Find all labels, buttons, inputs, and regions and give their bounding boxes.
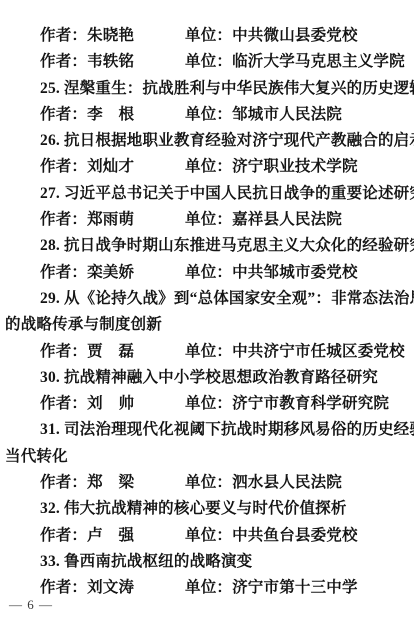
author-label: 作者：: [40, 158, 87, 175]
paper-title-continuation-row: 的战略传承与制度创新: [0, 312, 414, 338]
unit-label: 单位：: [185, 264, 232, 281]
paper-number: 32.: [40, 500, 60, 517]
author-name: 刘灿才: [87, 158, 134, 175]
author-cell: 作者：郑雨萌: [40, 207, 134, 233]
unit-cell: 单位：中共济宁市任城区委党校: [185, 339, 405, 365]
author-unit-row: 作者：刘 帅单位：济宁市教育科学研究院: [0, 391, 414, 417]
unit-cell: 单位：泗水县人民法院: [185, 470, 342, 496]
unit-label: 单位：: [185, 106, 232, 123]
author-unit-row: 作者：刘灿才单位：济宁职业技术学院: [0, 154, 414, 180]
paper-title: 抗日战争时期山东推进马克思主义大众化的经验研究: [64, 237, 414, 254]
author-name: 刘 帅: [87, 395, 134, 412]
paper-title-row: 32.伟大抗战精神的核心要义与时代价值探析: [0, 496, 414, 522]
author-label: 作者：: [40, 53, 87, 70]
author-cell: 作者：韦轶铭: [40, 49, 134, 75]
author-cell: 作者：栾美娇: [40, 260, 134, 286]
unit-label: 单位：: [185, 527, 232, 544]
author-cell: 作者：郑 梁: [40, 470, 134, 496]
paper-title: 从《论持久战》到“总体国家安全观”：非常态法治思维: [64, 290, 414, 307]
unit-name: 济宁市教育科学研究院: [232, 395, 389, 412]
author-name: 郑雨萌: [87, 211, 134, 228]
unit-cell: 单位：邹城市人民法院: [185, 102, 342, 128]
page-footer: — 6 —: [9, 597, 53, 613]
unit-name: 中共济宁市任城区委党校: [232, 343, 405, 360]
author-unit-row: 作者：栾美娇单位：中共邹城市委党校: [0, 260, 414, 286]
author-unit-row: 作者：卢 强单位：中共鱼台县委党校: [0, 523, 414, 549]
paper-number: 29.: [40, 290, 60, 307]
author-unit-row: 作者：郑 梁单位：泗水县人民法院: [0, 470, 414, 496]
unit-name: 嘉祥县人民法院: [232, 211, 342, 228]
paper-title: 伟大抗战精神的核心要义与时代价值探析: [64, 500, 347, 517]
author-label: 作者：: [40, 474, 87, 491]
unit-label: 单位：: [185, 343, 232, 360]
paper-title: 抗战精神融入中小学校思想政治教育路径研究: [64, 369, 378, 386]
unit-label: 单位：: [185, 474, 232, 491]
paper-title-row: 31.司法治理现代化视阈下抗战时期移风易俗的历史经验与: [0, 417, 414, 443]
author-cell: 作者：刘文涛: [40, 575, 134, 601]
unit-cell: 单位：嘉祥县人民法院: [185, 207, 342, 233]
author-unit-row: 作者：朱晓艳单位：中共微山县委党校: [0, 23, 414, 49]
unit-label: 单位：: [185, 395, 232, 412]
paper-title-row: 30.抗战精神融入中小学校思想政治教育路径研究: [0, 365, 414, 391]
author-unit-row: 作者：郑雨萌单位：嘉祥县人民法院: [0, 207, 414, 233]
author-cell: 作者：卢 强: [40, 523, 134, 549]
author-cell: 作者：贾 磊: [40, 339, 134, 365]
author-name: 卢 强: [87, 527, 134, 544]
author-name: 朱晓艳: [87, 27, 134, 44]
author-name: 韦轶铭: [87, 53, 134, 70]
unit-cell: 单位：济宁职业技术学院: [185, 154, 358, 180]
paper-number: 30.: [40, 369, 60, 386]
paper-title-continuation-row: 当代转化: [0, 444, 414, 470]
document-page: 作者：朱晓艳单位：中共微山县委党校作者：韦轶铭单位：临沂大学马克思主义学院25.…: [0, 0, 414, 633]
author-cell: 作者：刘 帅: [40, 391, 134, 417]
author-cell: 作者：刘灿才: [40, 154, 134, 180]
paper-title-continuation: 的战略传承与制度创新: [5, 316, 162, 333]
author-label: 作者：: [40, 579, 87, 596]
author-label: 作者：: [40, 343, 87, 360]
paper-number: 27.: [40, 185, 60, 202]
unit-name: 中共微山县委党校: [232, 27, 358, 44]
entry-list: 作者：朱晓艳单位：中共微山县委党校作者：韦轶铭单位：临沂大学马克思主义学院25.…: [0, 23, 414, 602]
paper-number: 25.: [40, 80, 60, 97]
paper-title-row: 26.抗日根据地职业教育经验对济宁现代产教融合的启示研究: [0, 128, 414, 154]
author-name: 栾美娇: [87, 264, 134, 281]
unit-cell: 单位：中共微山县委党校: [185, 23, 358, 49]
unit-cell: 单位：济宁市教育科学研究院: [185, 391, 389, 417]
paper-title-row: 28.抗日战争时期山东推进马克思主义大众化的经验研究: [0, 233, 414, 259]
unit-label: 单位：: [185, 53, 232, 70]
author-label: 作者：: [40, 527, 87, 544]
paper-number: 33.: [40, 553, 60, 570]
paper-title-continuation: 当代转化: [5, 448, 68, 465]
unit-name: 中共邹城市委党校: [232, 264, 358, 281]
paper-title-row: 29.从《论持久战》到“总体国家安全观”：非常态法治思维: [0, 286, 414, 312]
author-unit-row: 作者：韦轶铭单位：临沂大学马克思主义学院: [0, 49, 414, 75]
unit-name: 邹城市人民法院: [232, 106, 342, 123]
unit-label: 单位：: [185, 158, 232, 175]
author-label: 作者：: [40, 27, 87, 44]
paper-title-row: 25.涅槃重生：抗战胜利与中华民族伟大复兴的历史逻辑: [0, 76, 414, 102]
unit-name: 临沂大学马克思主义学院: [232, 53, 405, 70]
paper-title: 鲁西南抗战枢纽的战略演变: [64, 553, 252, 570]
author-name: 郑 梁: [87, 474, 134, 491]
unit-cell: 单位：济宁市第十三中学: [185, 575, 358, 601]
unit-name: 泗水县人民法院: [232, 474, 342, 491]
author-unit-row: 作者：贾 磊单位：中共济宁市任城区委党校: [0, 339, 414, 365]
author-label: 作者：: [40, 211, 87, 228]
paper-number: 28.: [40, 237, 60, 254]
author-label: 作者：: [40, 106, 87, 123]
author-cell: 作者：朱晓艳: [40, 23, 134, 49]
paper-title: 抗日根据地职业教育经验对济宁现代产教融合的启示研究: [64, 132, 414, 149]
unit-cell: 单位：中共邹城市委党校: [185, 260, 358, 286]
author-name: 贾 磊: [87, 343, 134, 360]
paper-number: 31.: [40, 421, 60, 438]
author-label: 作者：: [40, 395, 87, 412]
paper-title: 司法治理现代化视阈下抗战时期移风易俗的历史经验与: [64, 421, 414, 438]
unit-name: 济宁市第十三中学: [232, 579, 358, 596]
unit-cell: 单位：中共鱼台县委党校: [185, 523, 358, 549]
paper-title: 涅槃重生：抗战胜利与中华民族伟大复兴的历史逻辑: [64, 80, 414, 97]
author-label: 作者：: [40, 264, 87, 281]
author-unit-row: 作者：刘文涛单位：济宁市第十三中学: [0, 575, 414, 601]
unit-label: 单位：: [185, 27, 232, 44]
unit-name: 中共鱼台县委党校: [232, 527, 358, 544]
unit-cell: 单位：临沂大学马克思主义学院: [185, 49, 405, 75]
paper-title-row: 27.习近平总书记关于中国人民抗日战争的重要论述研究: [0, 181, 414, 207]
author-name: 李 根: [87, 106, 134, 123]
unit-label: 单位：: [185, 579, 232, 596]
author-cell: 作者：李 根: [40, 102, 134, 128]
author-unit-row: 作者：李 根单位：邹城市人民法院: [0, 102, 414, 128]
paper-title-row: 33.鲁西南抗战枢纽的战略演变: [0, 549, 414, 575]
paper-title: 习近平总书记关于中国人民抗日战争的重要论述研究: [64, 185, 414, 202]
paper-number: 26.: [40, 132, 60, 149]
author-name: 刘文涛: [87, 579, 134, 596]
unit-label: 单位：: [185, 211, 232, 228]
unit-name: 济宁职业技术学院: [232, 158, 358, 175]
